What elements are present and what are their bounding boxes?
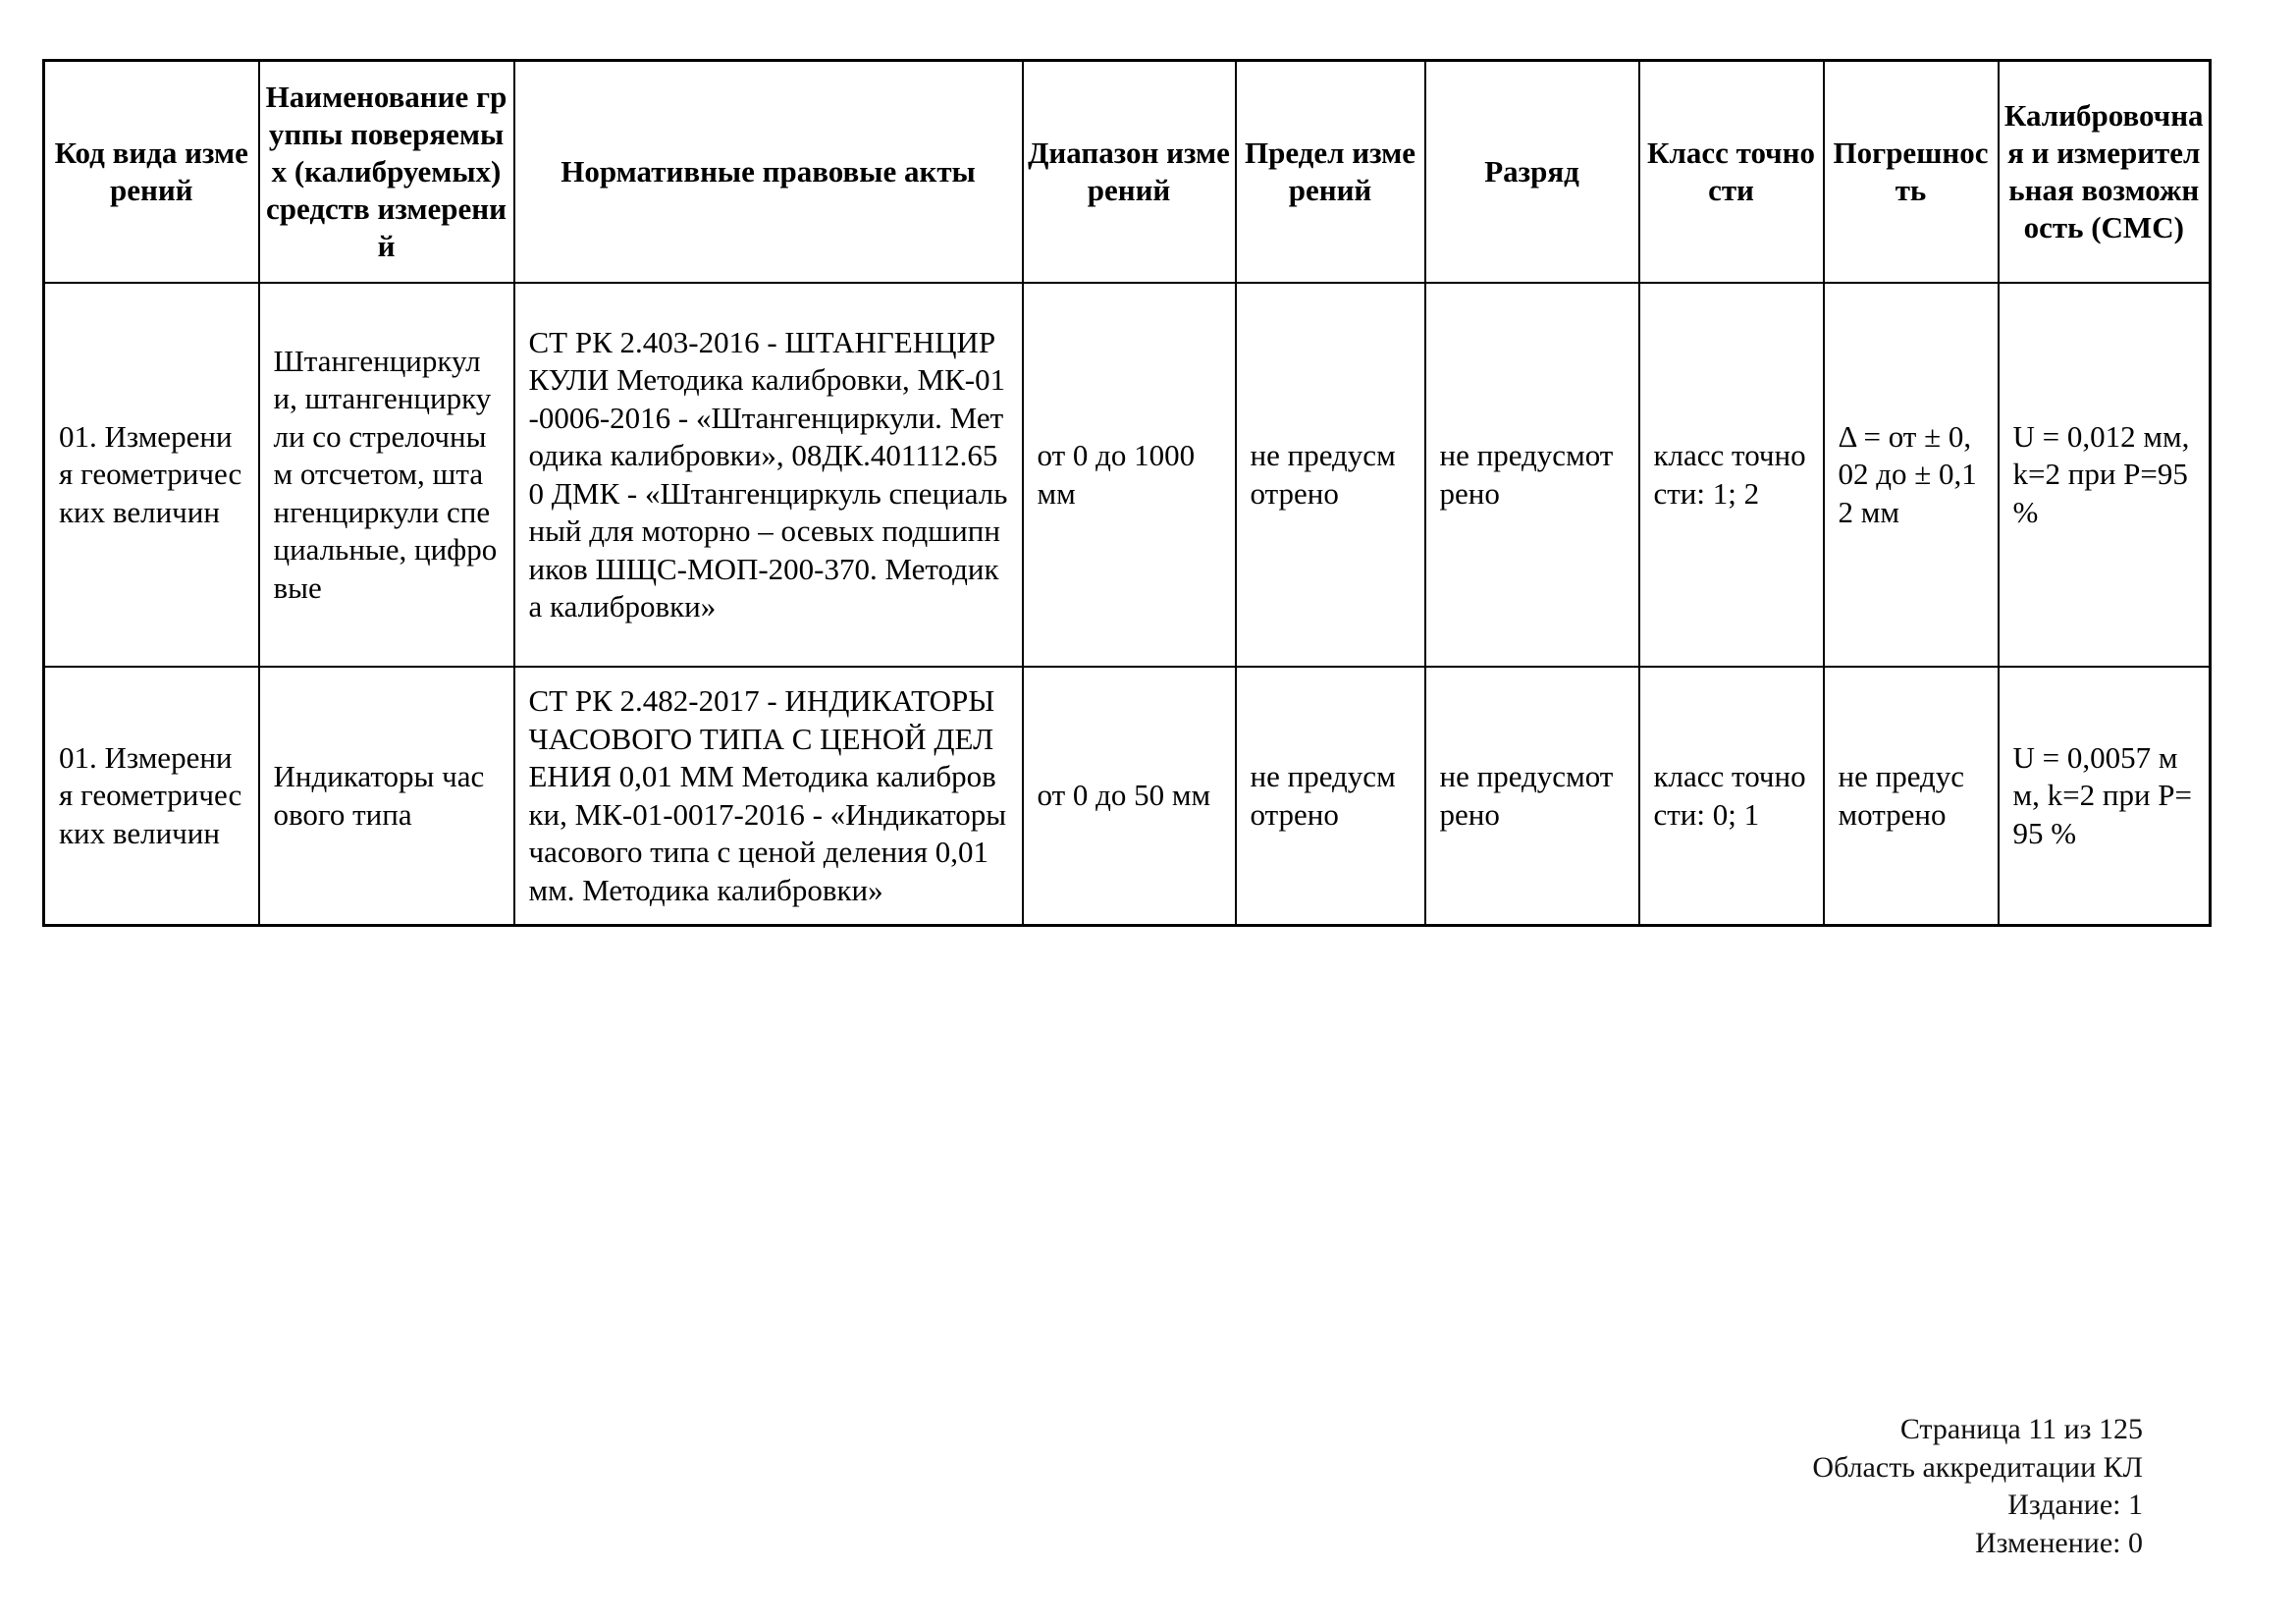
table-row: 01. Измерения геометрических величин Инд… (44, 667, 2211, 926)
cell-acts: СТ РК 2.482-2017 - ИНДИКАТОРЫ ЧАСОВОГО Т… (514, 667, 1023, 926)
cell-acts: СТ РК 2.403-2016 - ШТАНГЕНЦИРКУЛИ Методи… (514, 283, 1023, 667)
header-accuracy-class: Класс точности (1639, 61, 1824, 284)
cell-cmc: U = 0,0057 мм, k=2 при P=95 % (1999, 667, 2211, 926)
cell-group: Штангенциркули, штангенциркули со стрело… (259, 283, 514, 667)
page-number: Страница 11 из 125 (1812, 1411, 2143, 1449)
cell-error: не предусмотрено (1824, 667, 1999, 926)
table-header-row: Код вида измерений Наименование группы п… (44, 61, 2211, 284)
cell-accuracy-class: класс точности: 0; 1 (1639, 667, 1824, 926)
cell-error: Δ = от ± 0,02 до ± 0,12 мм (1824, 283, 1999, 667)
header-instrument-group: Наименование группы поверяемых (калибруе… (259, 61, 514, 284)
edition-label: Издание: 1 (1812, 1487, 2143, 1525)
header-grade: Разряд (1425, 61, 1639, 284)
cell-range: от 0 до 1000 мм (1023, 283, 1236, 667)
cell-group: Индикаторы часового типа (259, 667, 514, 926)
header-error: Погрешность (1824, 61, 1999, 284)
cell-limit: не предусмотрено (1236, 667, 1425, 926)
cell-code: 01. Измерения геометрических величин (44, 667, 259, 926)
header-cmc: Калибровочная и измерительная возможност… (1999, 61, 2211, 284)
page-footer: Страница 11 из 125 Область аккредитации … (1812, 1411, 2143, 1562)
header-measurement-code: Код вида измерений (44, 61, 259, 284)
header-regulatory-acts: Нормативные правовые акты (514, 61, 1023, 284)
document-page: Код вида измерений Наименование группы п… (0, 0, 2296, 1624)
cell-grade: не предусмотрено (1425, 667, 1639, 926)
accreditation-scope-table: Код вида измерений Наименование группы п… (42, 59, 2212, 927)
cell-accuracy-class: класс точности: 1; 2 (1639, 283, 1824, 667)
cell-limit: не предусмотрено (1236, 283, 1425, 667)
cell-code: 01. Измерения геометрических величин (44, 283, 259, 667)
header-measurement-limit: Предел измерений (1236, 61, 1425, 284)
header-measurement-range: Диапазон измерений (1023, 61, 1236, 284)
table-row: 01. Измерения геометрических величин Шта… (44, 283, 2211, 667)
revision-label: Изменение: 0 (1812, 1525, 2143, 1563)
cell-grade: не предусмотрено (1425, 283, 1639, 667)
cell-range: от 0 до 50 мм (1023, 667, 1236, 926)
accreditation-scope-label: Область аккредитации КЛ (1812, 1449, 2143, 1488)
cell-cmc: U = 0,012 мм, k=2 при P=95 % (1999, 283, 2211, 667)
